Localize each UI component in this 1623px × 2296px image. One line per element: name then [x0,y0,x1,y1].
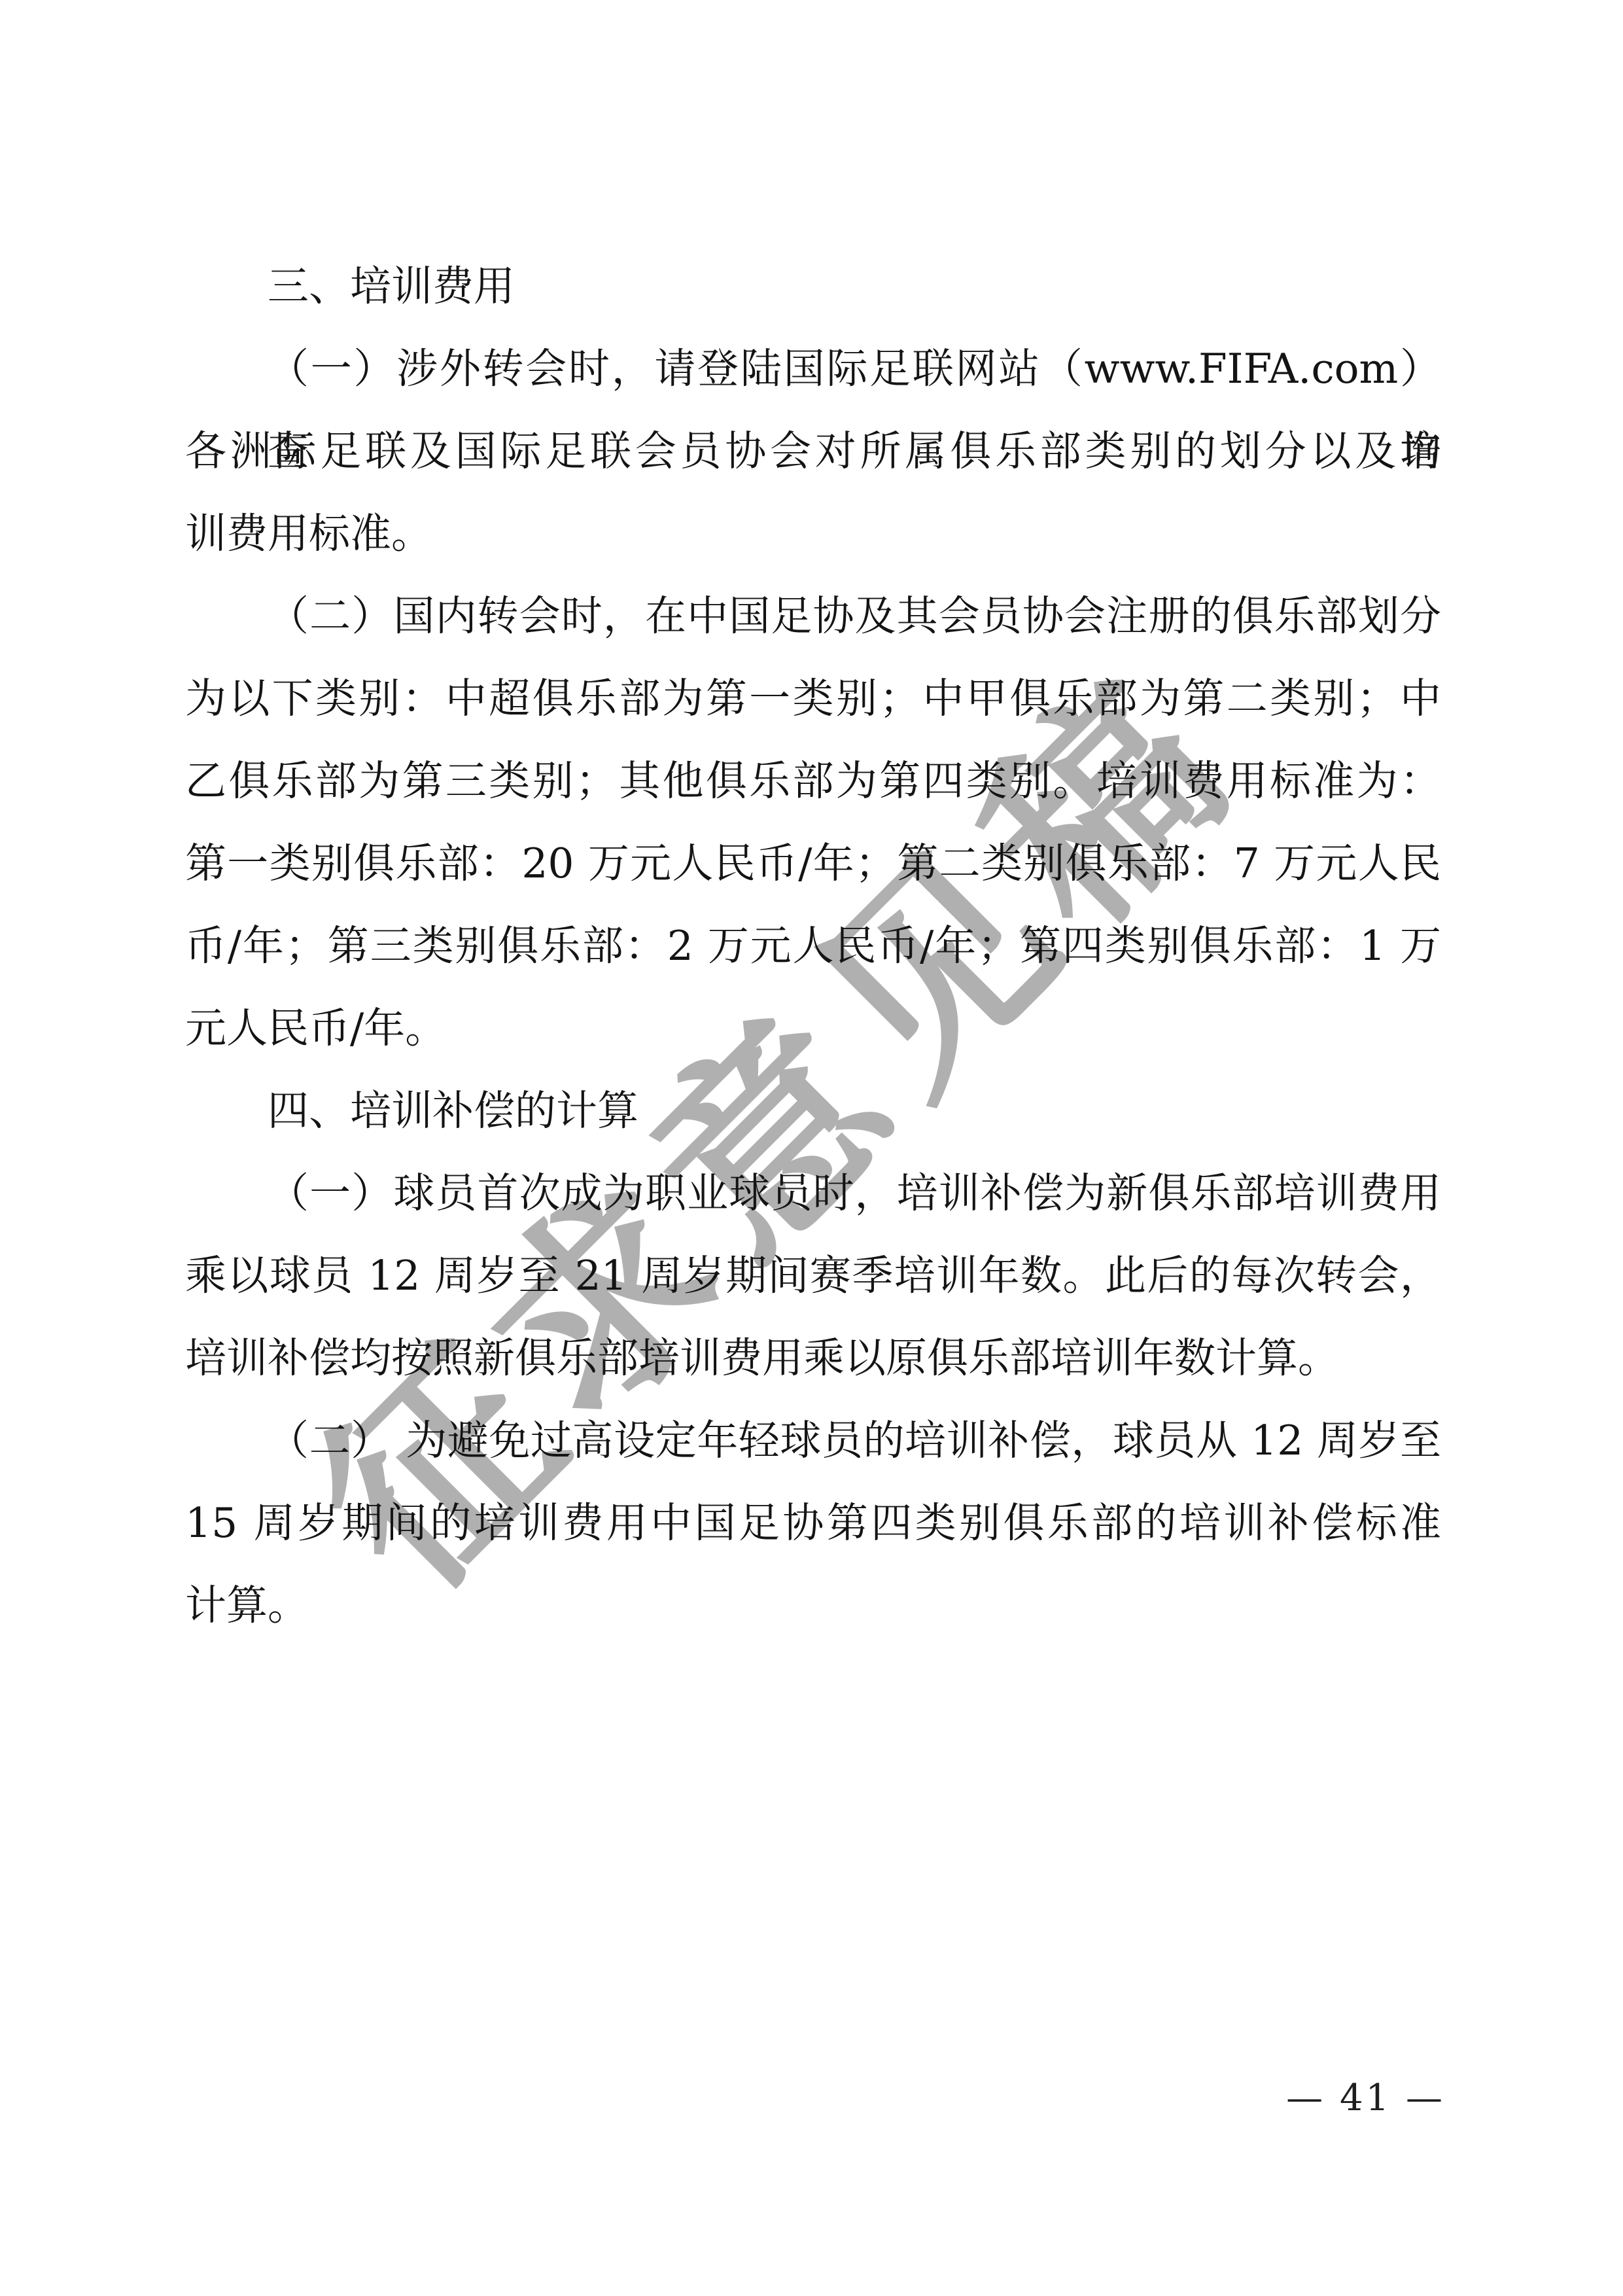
text-line: 各洲际足联及国际足联会员协会对所属俱乐部类别的划分以及培 [185,410,1441,493]
text-line: （二） 为避免过高设定年轻球员的培训补偿，球员从 12 周岁至 [185,1400,1441,1482]
text-body: 三、培训费用（一）涉外转会时，请登陆国际足联网站（www.FIFA.com）查询… [185,245,1441,1647]
text-line: 计算。 [185,1564,1441,1647]
section-heading: 三、培训费用 [185,245,1441,328]
text-line: 为以下类别：中超俱乐部为第一类别；中甲俱乐部为第二类别；中 [185,658,1441,740]
text-line: 乘以球员 12 周岁至 21 周岁期间赛季培训年数。此后的每次转会， [185,1235,1441,1317]
text-line: 乙俱乐部为第三类别；其他俱乐部为第四类别。培训费用标准为： [185,740,1441,822]
section-heading: 四、培训补偿的计算 [185,1070,1441,1152]
text-line: 15 周岁期间的培训费用中国足协第四类别俱乐部的培训补偿标准 [185,1482,1441,1564]
text-line: 元人民币/年。 [185,987,1441,1070]
text-line: 训费用标准。 [185,493,1441,575]
page-number: — 41 — [1286,2075,1445,2121]
text-line: 培训补偿均按照新俱乐部培训费用乘以原俱乐部培训年数计算。 [185,1317,1441,1400]
document-page: 征求意见稿 三、培训费用（一）涉外转会时，请登陆国际足联网站（www.FIFA.… [0,0,1623,2296]
text-line: 第一类别俱乐部：20 万元人民币/年；第二类别俱乐部：7 万元人民 [185,822,1441,905]
text-line: （一）球员首次成为职业球员时，培训补偿为新俱乐部培训费用 [185,1152,1441,1235]
text-line: （二）国内转会时，在中国足协及其会员协会注册的俱乐部划分 [185,575,1441,658]
text-line: （一）涉外转会时，请登陆国际足联网站（www.FIFA.com）查询 [185,328,1441,410]
text-line: 币/年；第三类别俱乐部：2 万元人民币/年；第四类别俱乐部：1 万 [185,905,1441,987]
